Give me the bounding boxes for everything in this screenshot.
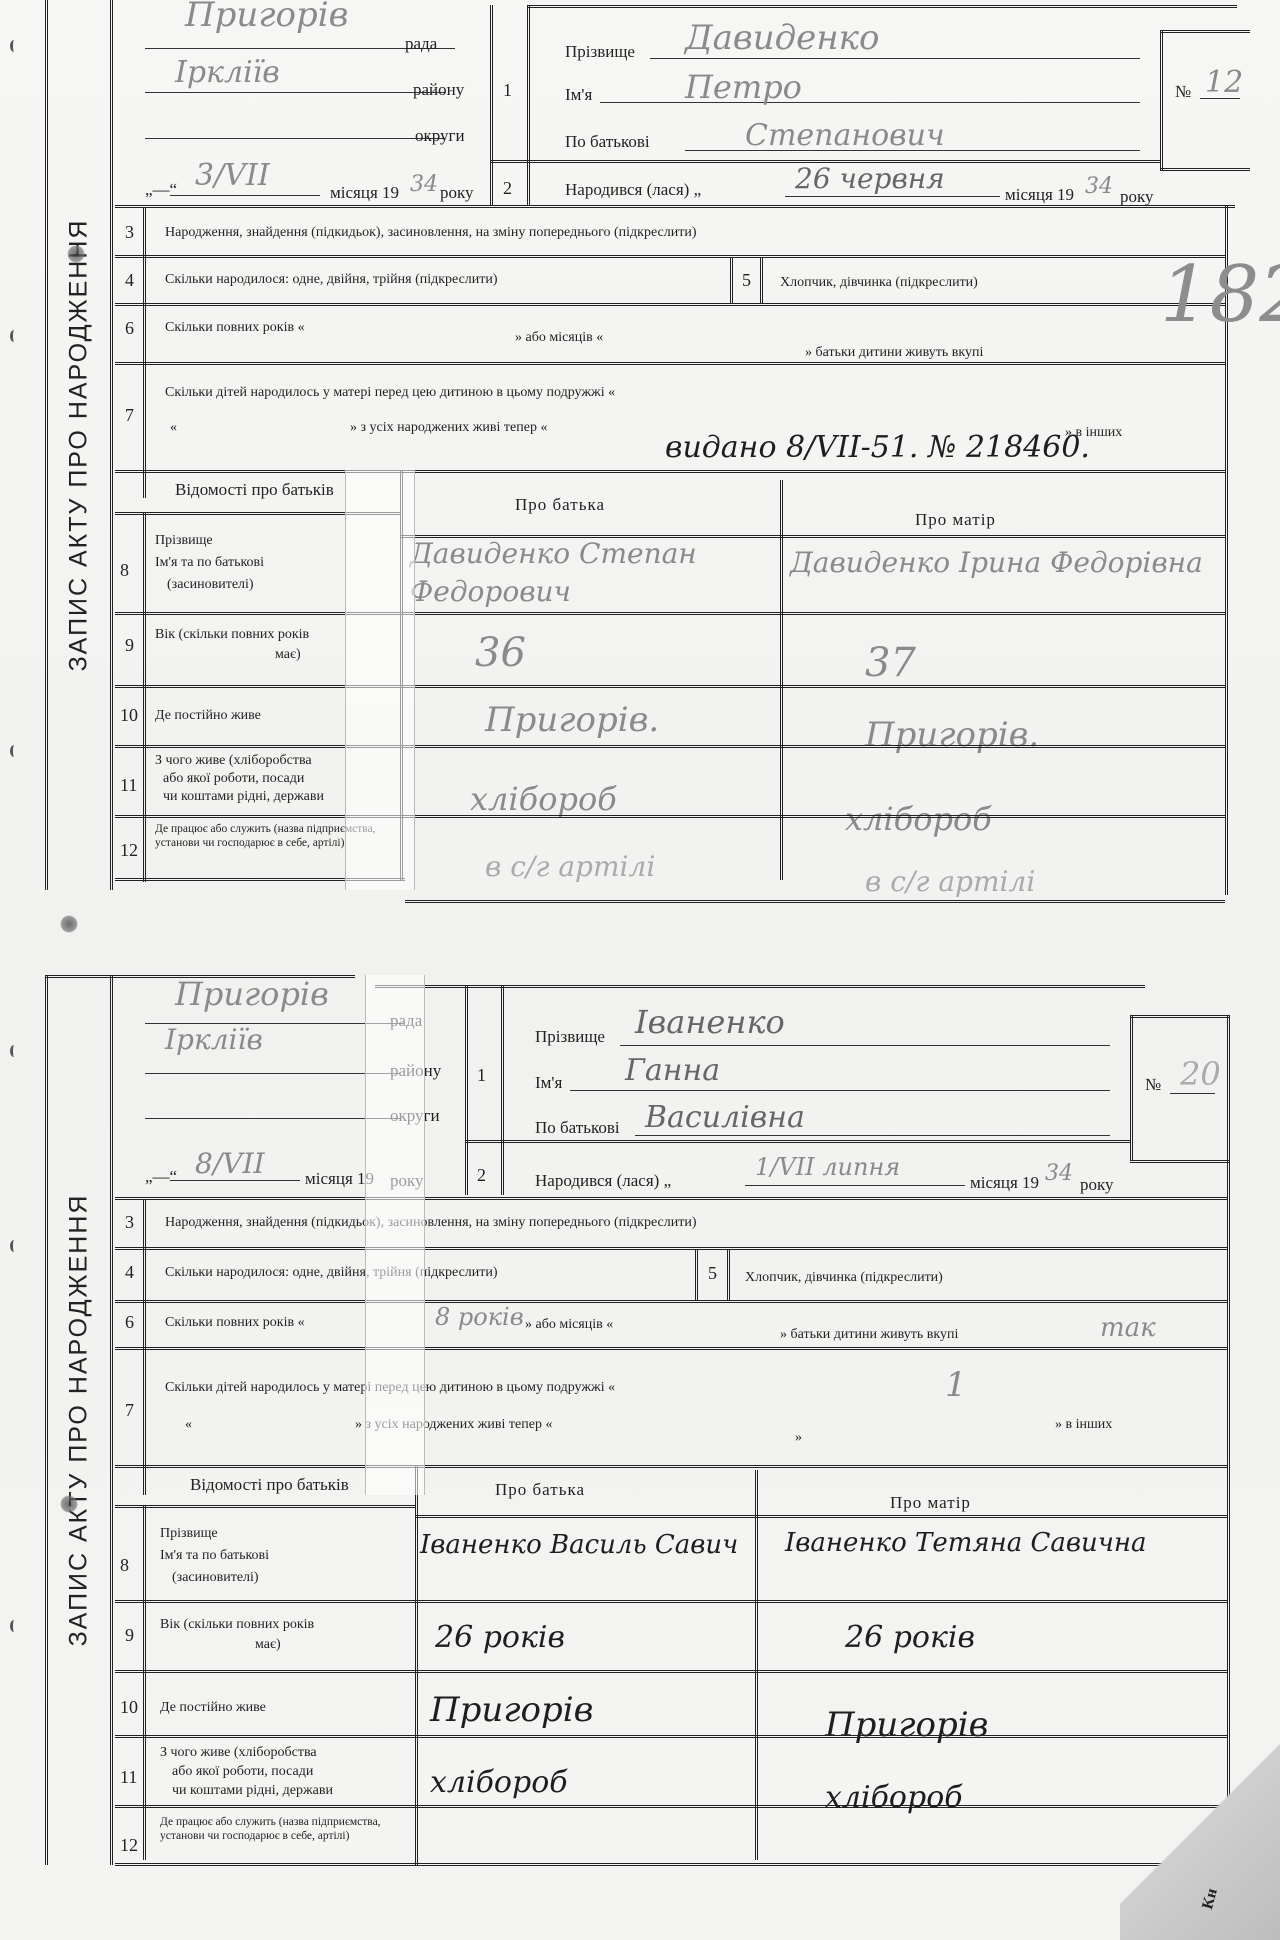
handwritten-birth-date: 26 червня (795, 162, 945, 195)
lived-together-note: так (1100, 1313, 1156, 1343)
binder-hole (10, 1620, 18, 1632)
handwritten-raion: Іркліїв (175, 55, 280, 90)
mother-occupation: хлібороб (825, 1780, 963, 1815)
margin-note: 182 (1160, 250, 1280, 340)
row9-label: Вік (скільки повних роківмає) (155, 625, 309, 665)
binder-hole (10, 1045, 18, 1057)
handwritten-child-surname: Давиденко (685, 18, 879, 58)
mother-workplace: в с/г артілі (865, 865, 1035, 898)
ink-blot (60, 915, 78, 933)
children-before: 1 (945, 1365, 967, 1405)
father-workplace: в с/г артілі (485, 850, 655, 883)
row11-label: З чого живе (хліборобстваабо якої роботи… (155, 752, 324, 806)
father-occupation: хлібороб (430, 1765, 568, 1800)
side-label-panel: ЗАПИС АКТУ ПРО НАРОДЖЕННЯ (45, 975, 113, 1865)
mother-age: 37 (865, 640, 916, 686)
handwritten-raion: Іркліїв (165, 1023, 263, 1056)
scanned-page: ЗАПИС АКТУ ПРО НАРОДЖЕННЯ Пригорів рада … (0, 0, 1280, 1940)
row9-label: Вік (скільки повних роківмає) (160, 1615, 314, 1655)
binder-hole (10, 745, 18, 757)
ink-blot (60, 1495, 78, 1513)
binder-hole (10, 1240, 18, 1252)
handwritten-registration-date: 8/VII (195, 1147, 265, 1180)
handwritten-village: Пригорів (175, 975, 329, 1013)
father-name: Давиденко Степан Федорович (410, 535, 780, 611)
father-age: 36 (475, 630, 526, 676)
mother-age: 26 років (845, 1620, 975, 1655)
handwritten-village: Пригорів (185, 0, 348, 35)
handwritten-child-patronymic: Степанович (745, 118, 945, 153)
ink-blot (67, 245, 85, 263)
handwritten-record-number: 20 (1180, 1055, 1221, 1093)
side-title: ЗАПИС АКТУ ПРО НАРОДЖЕННЯ (65, 1194, 94, 1647)
row11-label: З чого живе (хліборобстваабо якої роботи… (160, 1743, 333, 1800)
father-residence: Пригорів. (485, 700, 659, 740)
mother-name: Іваненко Тетяна Савична (785, 1523, 1215, 1563)
father-residence: Пригорів (430, 1690, 593, 1730)
binder-hole (10, 330, 18, 342)
side-title: ЗАПИС АКТУ ПРО НАРОДЖЕННЯ (65, 219, 94, 672)
mother-residence: Пригорів (825, 1705, 988, 1745)
row8-label: ПрізвищеІм'я та по батькові(засиновителі… (160, 1523, 400, 1589)
father-name: Іваненко Василь Савич (420, 1525, 750, 1565)
binder-hole (10, 40, 18, 52)
handwritten-record-number: 12 (1205, 65, 1243, 100)
father-occupation: хлібороб (470, 780, 617, 818)
handwritten-child-name: Петро (685, 68, 802, 106)
mother-occupation: хлібороб (845, 800, 992, 838)
handwritten-child-surname: Іваненко (635, 1003, 785, 1041)
issued-note: видано 8/VII-51. № 218460. (665, 430, 1090, 465)
father-age: 26 років (435, 1620, 565, 1655)
birth-record-1: ЗАПИС АКТУ ПРО НАРОДЖЕННЯ Пригорів рада … (45, 0, 1240, 890)
handwritten-child-patronymic: Василівна (645, 1100, 805, 1135)
handwritten-registration-date: 3/VII (195, 158, 270, 193)
years-together: 8 років (435, 1303, 524, 1331)
mother-residence: Пригорів. (865, 715, 1039, 755)
mother-name: Давиденко Ірина Федорівна (790, 545, 1210, 581)
folded-corner (1120, 1740, 1280, 1940)
handwritten-child-name: Ганна (625, 1053, 720, 1088)
birth-record-2: ЗАПИС АКТУ ПРО НАРОДЖЕННЯ Пригорів рада … (45, 975, 1240, 1865)
handwritten-birth-date: 1/VII липня (755, 1153, 900, 1181)
side-label-panel: ЗАПИС АКТУ ПРО НАРОДЖЕННЯ (45, 0, 113, 890)
